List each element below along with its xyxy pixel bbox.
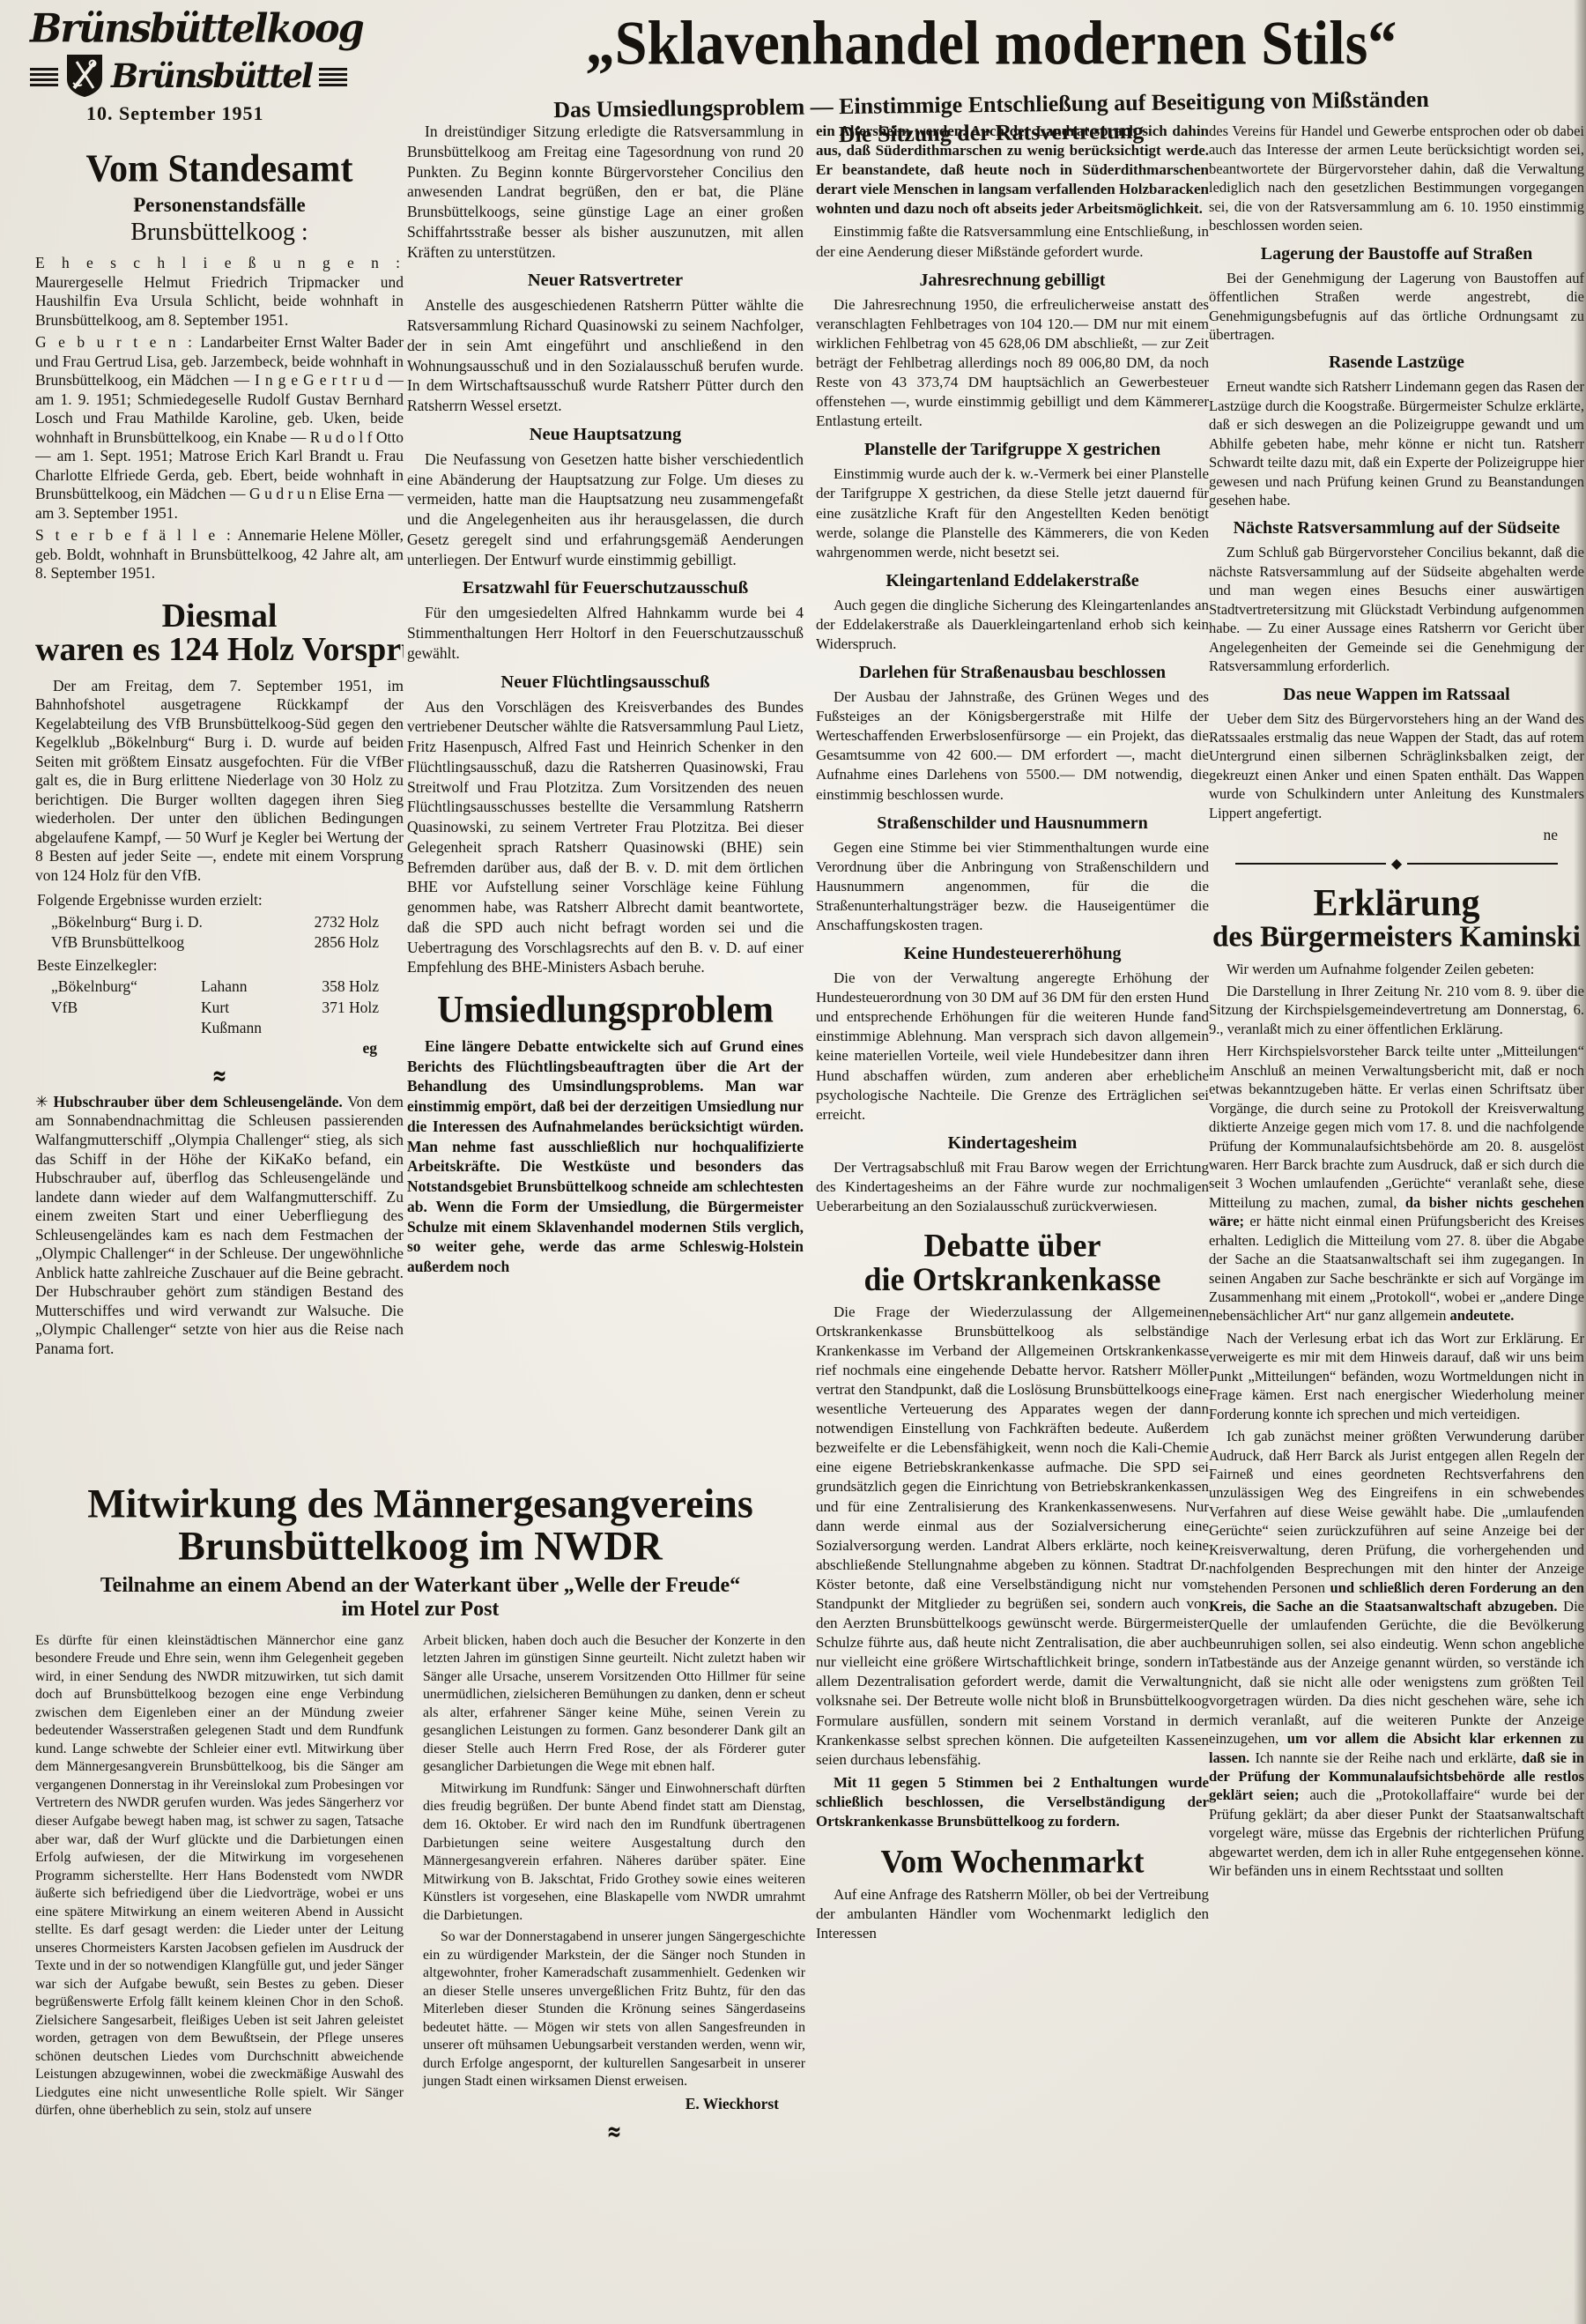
best-keglers-label: Beste Einzelkegler: [35, 954, 404, 976]
standesamt-place: Brunsbüttelkoog : [35, 219, 404, 247]
headline-ortskrankenkasse-line2: die Ortskrankenkasse [863, 1261, 1160, 1298]
erklaerung-p3: Herr Kirchspielsvorsteher Barck teilte u… [1209, 1042, 1584, 1325]
subhead-hundesteuer: Keine Hundesteuererhöhung [816, 944, 1209, 964]
kegler-club: „Bökelnburg“ [51, 976, 201, 998]
subhead-neues-wappen: Das neue Wappen im Ratssaal [1209, 685, 1584, 705]
main-headline: „Sklavenhandel modernen Stils“ [401, 8, 1582, 80]
result-score: 2856 Holz [282, 932, 404, 954]
standesamt-title: Vom Standesamt [35, 147, 404, 191]
nwdr-text-b2: Mitwirkung im Rundfunk: Sänger und Einwo… [423, 1780, 805, 1925]
subhead-planstelle: Planstelle der Tarifgruppe X gestrichen [816, 440, 1209, 460]
text-fluechtlingsausschuss: Aus den Vorschlägen des Kreisverbandes d… [407, 697, 804, 978]
subhead-lagerung-baustoffe: Lagerung der Baustoffe auf Straßen [1209, 244, 1584, 264]
subhead-rasende-lastzuege: Rasende Lastzüge [1209, 353, 1584, 373]
section-nwdr: Mitwirkung des Männergesangvereins Bruns… [35, 1482, 805, 2324]
subhead-fluechtlingsausschuss: Neuer Flüchtlingsausschuß [407, 672, 804, 693]
results-intro: Folgende Ergebnisse wurden erzielt: [35, 888, 404, 911]
text-neue-hauptsatzung: Die Neufassung von Gesetzen hatte bisher… [407, 449, 804, 570]
erklaerung-p5: Ich gab zunächst meiner größten Verwunde… [1209, 1427, 1584, 1881]
divider-line [1407, 863, 1558, 865]
label-eheschliessungen: E h e s c h l i e ß u n g e n : [35, 254, 404, 271]
subhead-kleingartenland: Kleingartenland Eddelakerstraße [816, 571, 1209, 591]
subhead-neuer-ratsvertreter: Neuer Ratsvertreter [407, 271, 804, 291]
city-crest-icon [65, 53, 104, 99]
result-team: „Bökelnburg“ Burg i. D. [51, 912, 282, 933]
masthead-row: Brünsbüttel [30, 53, 347, 99]
standesamt-subtitle: Personenstandsfälle [35, 194, 404, 217]
result-team: VfB Brunsbüttelkoog [51, 932, 282, 954]
hubschrauber-paragraph: ✳ Hubschrauber über dem Schleusengelände… [35, 1093, 404, 1358]
result-row: VfB Brunsbüttelkoog 2856 Holz [35, 932, 404, 954]
newspaper-page: Brünsbüttelkoog Brünsbüttel 10. Septembe… [0, 0, 1586, 2324]
issue-date: 10. September 1951 [86, 102, 264, 125]
erklaerung-p4: Nach der Verlesung erbat ich das Wort zu… [1209, 1329, 1584, 1423]
subhead-strassenschilder: Straßenschilder und Hausnummern [816, 813, 1209, 834]
author-initials: eg [35, 1039, 404, 1058]
text-wochenmarkt: Auf eine Anfrage des Ratsherrn Möller, o… [816, 1885, 1209, 1943]
text-geburten: Landarbeiter Ernst Walter Bader und Frau… [35, 333, 404, 522]
text-neuer-ratsvertreter: Anstelle des ausgeschiedenen Ratsherrn P… [407, 295, 804, 416]
nwdr-author: E. Wieckhorst [423, 2095, 805, 2113]
nwdr-text-a: Es dürfte für einen kleinstädtischen Män… [35, 1632, 404, 2120]
column-standesamt: Vom Standesamt Personenstandsfälle Bruns… [35, 146, 404, 1484]
kegler-score: 358 Holz [282, 976, 404, 998]
text-darlehen: Der Ausbau der Jahnstraße, des Grünen We… [816, 687, 1209, 805]
result-row: „Bökelnburg“ Burg i. D. 2732 Holz [35, 912, 404, 933]
result-score: 2732 Holz [282, 912, 404, 933]
best-kegler-row: „Bökelnburg“ Lahann 358 Holz [35, 976, 404, 998]
star-icon: ✳ [35, 1093, 48, 1110]
text-planstelle: Einstimmig wurde auch der k. w.-Vermerk … [816, 464, 1209, 561]
text-ersatzwahl: Für den umgesiedelten Alfred Hahnkamm wu… [407, 603, 804, 663]
text-neues-wappen: Ueber dem Sitz des Bürgervorstehers hing… [1209, 709, 1584, 823]
subhead-darlehen: Darlehen für Straßenausbau beschlossen [816, 663, 1209, 683]
headline-ortskrankenkasse-line1: Debatte über [924, 1228, 1101, 1265]
sitzung-intro: In dreistündiger Sitzung erledigte die R… [407, 122, 804, 262]
best-kegler-row: VfB Kurt Kußmann 371 Holz [35, 998, 404, 1039]
decorative-bars-left [30, 65, 58, 86]
text-umsiedlungsproblem: Eine längere Debatte entwickelte sich au… [407, 1036, 804, 1277]
column-ratssitzung-2: ein Altersheim werden. Auch der Landrat … [816, 122, 1209, 2324]
subhead-ersatzwahl: Ersatzwahl für Feuerschutzausschuß [407, 578, 804, 598]
headline-ortskrankenkasse: Debatte überdie Ortskrankenkasse [816, 1229, 1209, 1296]
nwdr-text-b3: So war der Donnerstagabend in unserer ju… [423, 1928, 805, 2091]
author-initials: ne [1209, 826, 1584, 844]
diamond-icon: ◆ [1391, 857, 1402, 871]
section-divider: ◆ [1235, 857, 1558, 871]
kegler-name: Kurt Kußmann [201, 998, 282, 1039]
hubschrauber-lead: Hubschrauber über dem Schleusengelände. [53, 1093, 342, 1110]
masthead: Brünsbüttelkoog Brünsbüttel [30, 7, 347, 99]
erklaerung-p1: Wir werden um Aufnahme folgender Zeilen … [1209, 960, 1584, 978]
headline-erklaerung-line2: des Bürgermeisters Kaminski [1209, 922, 1584, 953]
kegel-headline-2: waren es 124 Holz Vorsprung [35, 633, 404, 668]
kegel-paragraph: Der am Freitag, dem 7. September 1951, i… [35, 677, 404, 886]
text-hundesteuer: Die von der Verwaltung angeregte Erhöhun… [816, 969, 1209, 1125]
text-eheschliessungen: Maurergeselle Helmut Friedrich Tripmacke… [35, 273, 404, 329]
label-sterbefaelle: S t e r b e f ä l l e : [35, 526, 234, 544]
decorative-bars-right [319, 65, 347, 86]
subhead-neue-hauptsatzung: Neue Hauptsatzung [407, 425, 804, 445]
nwdr-headline-1: Mitwirkung des Männergesangvereins [35, 1482, 805, 1525]
nwdr-columns: Es dürfte für einen kleinstädtischen Män… [35, 1632, 805, 2149]
kegel-headline-1: Diesmal [35, 599, 404, 633]
text-naechste-ratsversammlung: Zum Schluß gab Bürgervorsteher Concilius… [1209, 543, 1584, 675]
headline-erklaerung: Erklärung [1209, 884, 1584, 924]
masthead-title: Brünsbüttelkoog [30, 6, 347, 53]
subhead-kindertagesheim: Kindertagesheim [816, 1133, 1209, 1154]
text-kleingartenland: Auch gegen die dingliche Sicherung des K… [816, 596, 1209, 654]
masthead-subtitle: Brünsbüttel [111, 56, 312, 95]
hubschrauber-text: Von dem am Sonnabendnachmittag die Schle… [35, 1093, 404, 1357]
nwdr-column-a: Es dürfte für einen kleinstädtischen Män… [35, 1632, 404, 2149]
subhead-naechste-ratsversammlung: Nächste Ratsversammlung auf der Südseite [1209, 518, 1584, 538]
text-lagerung-baustoffe: Bei der Genehmigung der Lagerung von Bau… [1209, 269, 1584, 345]
nwdr-column-b: Arbeit blicken, haben doch auch die Besu… [423, 1632, 805, 2149]
umsiedlung-continuation-bold: ein Altersheim werden. Auch der Landrat … [816, 122, 1209, 219]
kegler-score: 371 Holz [282, 998, 404, 1039]
headline-umsiedlungsproblem: Umsiedlungsproblem [407, 991, 804, 1030]
paragraph-sterbefaelle: S t e r b e f ä l l e : Annemarie Helene… [35, 526, 404, 583]
subhead-jahresrechnung: Jahresrechnung gebilligt [816, 271, 1209, 291]
text-ortskrankenkasse: Die Frage der Wiederzulassung der Allgem… [816, 1303, 1209, 1770]
nwdr-subtitle-2: im Hotel zur Post [35, 1598, 805, 1622]
erklaerung-p2: Die Darstellung in Ihrer Zeitung Nr. 210… [1209, 982, 1584, 1038]
column-ratssitzung-3: des Vereins für Handel und Gewerbe entsp… [1209, 122, 1584, 2324]
kegler-club: VfB [51, 998, 201, 1039]
wochenmarkt-continuation: des Vereins für Handel und Gewerbe entsp… [1209, 122, 1584, 235]
column-ratssitzung: In dreistündiger Sitzung erledigte die R… [407, 122, 804, 1479]
headline-wochenmarkt: Vom Wochenmarkt [816, 1845, 1209, 1878]
wave-separator-icon: ≈ [35, 1062, 404, 1088]
nwdr-headline-2: Brunsbüttelkoog im NWDR [35, 1524, 805, 1567]
text-strassenschilder: Gegen eine Stimme bei vier Stimmenthaltu… [816, 838, 1209, 935]
text-rasende-lastzuege: Erneut wandte sich Ratsherr Lindemann ge… [1209, 377, 1584, 509]
kegler-name: Lahann [201, 976, 282, 998]
nwdr-text-b1: Arbeit blicken, haben doch auch die Besu… [423, 1632, 805, 1777]
umsiedlung-entschliessung: Einstimmig faßte die Ratsversammlung ein… [816, 222, 1209, 261]
paragraph-geburten: G e b u r t e n : Landarbeiter Ernst Wal… [35, 333, 404, 523]
nwdr-subtitle-1: Teilnahme an einem Abend an der Waterkan… [35, 1574, 805, 1598]
text-jahresrechnung: Die Jahresrechnung 1950, die erfreuliche… [816, 295, 1209, 432]
paragraph-eheschliessungen: E h e s c h l i e ß u n g e n : Maurerge… [35, 254, 404, 330]
divider-line [1235, 863, 1386, 865]
text-ortskrankenkasse-beschluss: Mit 11 gegen 5 Stimmen bei 2 Enthaltunge… [816, 1773, 1209, 1831]
wave-separator-icon: ≈ [423, 2118, 805, 2144]
text-kindertagesheim: Der Vertragsabschluß mit Frau Barow wege… [816, 1158, 1209, 1216]
label-geburten: G e b u r t e n : [35, 333, 196, 351]
